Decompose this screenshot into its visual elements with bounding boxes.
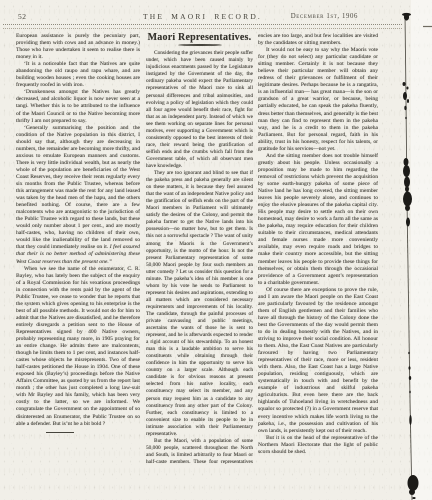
section-divider: [46, 432, 74, 434]
paragraph-text: ‘Generally summarising the position and …: [16, 125, 140, 251]
paragraph: encies are too large, and but few locali…: [258, 33, 378, 47]
paragraph: They are too ignorant and blind to see t…: [146, 170, 253, 438]
header-rule: [3, 24, 402, 29]
paragraph: But the Maori, with a population of some…: [146, 438, 253, 464]
paragraph: ‘Drunkenness amongst the Natives has gre…: [16, 89, 140, 124]
paragraph: ‘Generally summarising the position and …: [16, 125, 140, 266]
paragraph: ‘It is a noticeable fact that the Native…: [16, 61, 140, 89]
facing-page-strip: [411, 0, 432, 500]
column-right: encies are too large, and but few locali…: [258, 33, 378, 464]
title-rule: [178, 44, 222, 46]
paragraph: When we see the name of the enumerator, …: [16, 266, 140, 428]
column-left: European assistance is purely the pecuni…: [16, 33, 140, 464]
paragraph: But it is on the head of the representat…: [258, 435, 378, 456]
paragraph: And the sitting member does not trouble …: [258, 153, 378, 287]
page-header: 52 THE MAORI RECORD. December 1st, 1906: [0, 12, 405, 24]
column-middle: Maori Representatives. Considering the g…: [146, 33, 253, 464]
article-title: Maori Representatives.: [146, 34, 253, 41]
text-columns: European assistance is purely the pecuni…: [16, 33, 378, 464]
paragraph: It would not be easy to say why the Maor…: [258, 47, 378, 153]
scanned-page: 52 THE MAORI RECORD. December 1st, 1906 …: [0, 0, 432, 500]
paragraph: European assistance is purely the pecuni…: [16, 33, 140, 61]
paragraph: Of course there are exceptions to prove …: [258, 287, 378, 435]
paragraph: Considering the grievances their people …: [146, 50, 253, 170]
issue-date: December 1st, 1906: [291, 13, 358, 20]
